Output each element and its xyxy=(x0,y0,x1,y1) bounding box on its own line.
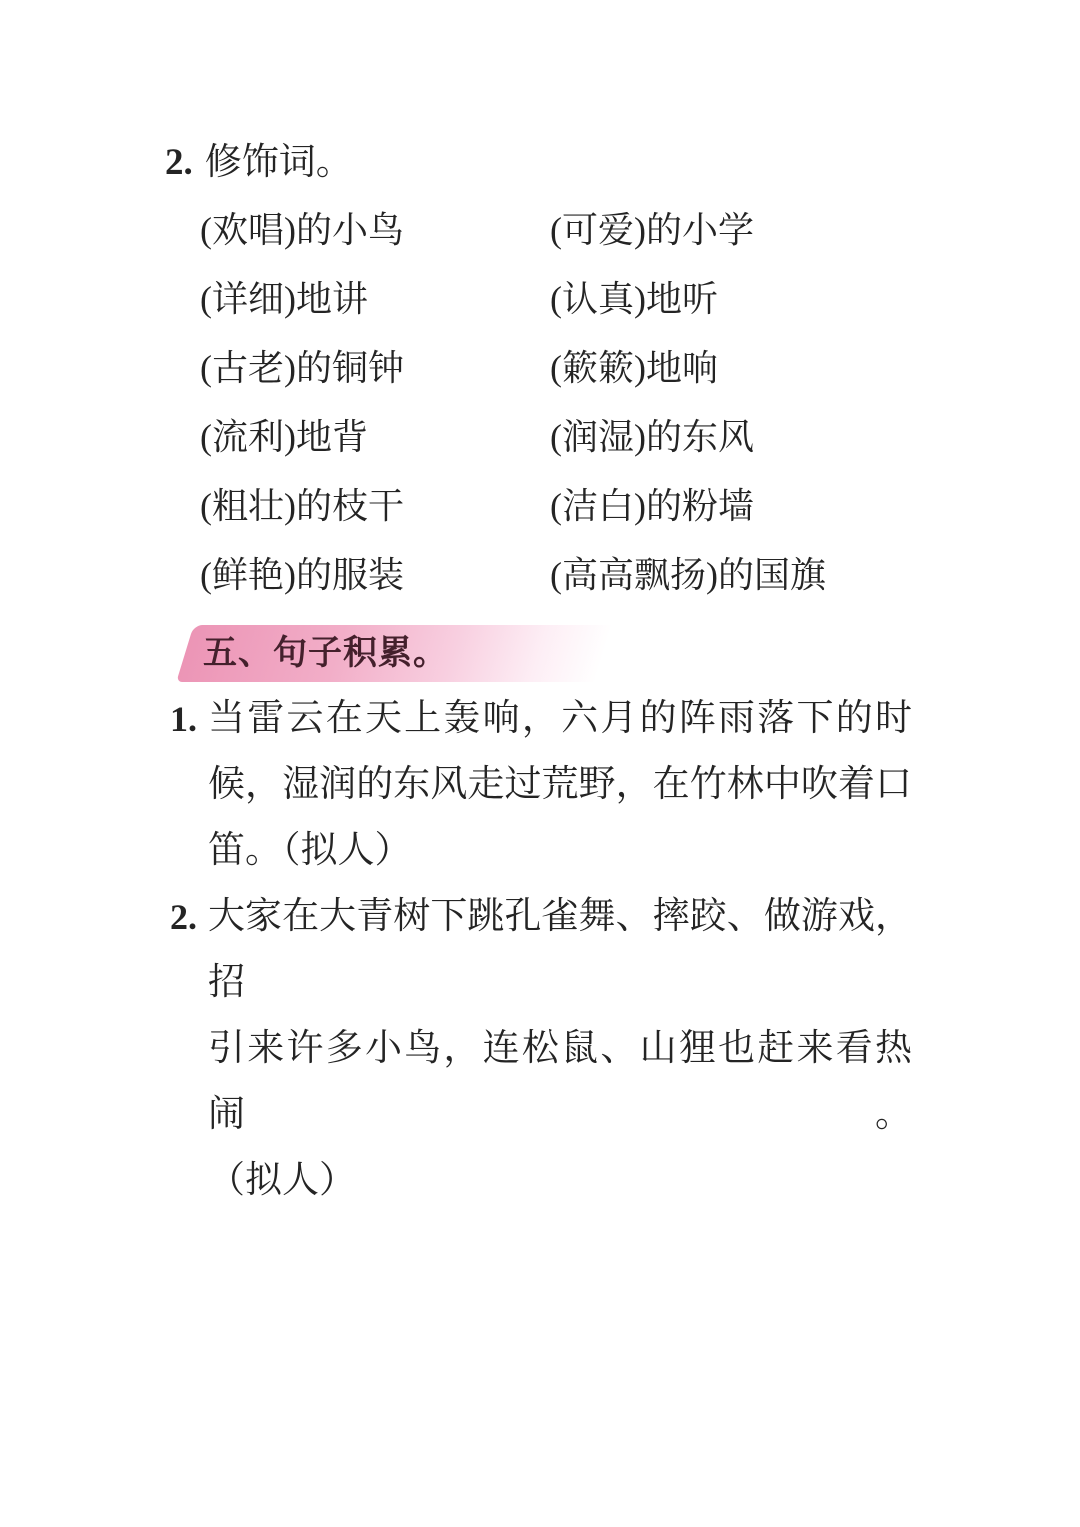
modifier-heading-title: 修饰词。 xyxy=(205,142,353,183)
sentence-line: 候，湿润的东风走过荒野，在竹林中吹着口 xyxy=(208,752,912,818)
worksheet-page: 2.修饰词。 (欢唱)的小鸟 (可爱)的小学 (详细)地讲 (认真)地听 (古老… xyxy=(0,0,1080,1527)
pair-right: (洁白)的粉墙 xyxy=(550,472,960,541)
pair-left: (古老)的铜钟 xyxy=(200,334,550,403)
pair-left: (欢唱)的小鸟 xyxy=(200,196,550,265)
sentence-line: 大家在大青树下跳孔雀舞、摔跤、做游戏，招 xyxy=(208,884,912,1016)
sentence-line: 引来许多小鸟，连松鼠、山狸也赶来看热闹。 xyxy=(208,1016,912,1148)
sentence-list: 1. 当雷云在天上轰响，六月的阵雨落下的时 候，湿润的东风走过荒野，在竹林中吹着… xyxy=(170,686,912,1214)
pair-row: (欢唱)的小鸟 (可爱)的小学 xyxy=(200,196,960,265)
pair-row: (详细)地讲 (认真)地听 xyxy=(200,265,960,334)
pair-row: (流利)地背 (润湿)的东风 xyxy=(200,403,960,472)
sentence-item: 1. 当雷云在天上轰响，六月的阵雨落下的时 候，湿润的东风走过荒野，在竹林中吹着… xyxy=(170,686,912,884)
sentence-line: （拟人） xyxy=(208,1148,912,1214)
pair-right: (润湿)的东风 xyxy=(550,403,960,472)
sentence-item-number: 1. xyxy=(170,686,197,752)
section-banner: 五、句子积累。 xyxy=(176,625,625,682)
section-banner-label: 五、句子积累。 xyxy=(185,625,617,682)
pair-right: (簌簌)地响 xyxy=(550,334,960,403)
sentence-line: 笛。（拟人） xyxy=(208,818,912,884)
pair-right: (高高飘扬)的国旗 xyxy=(550,541,960,610)
pair-right: (认真)地听 xyxy=(550,265,960,334)
sentence-line: 当雷云在天上轰响，六月的阵雨落下的时 xyxy=(208,686,912,752)
pair-left: (鲜艳)的服装 xyxy=(200,541,550,610)
pair-row: (鲜艳)的服装 (高高飘扬)的国旗 xyxy=(200,541,960,610)
sentence-item: 2. 大家在大青树下跳孔雀舞、摔跤、做游戏，招 引来许多小鸟，连松鼠、山狸也赶来… xyxy=(170,884,912,1214)
modifier-heading: 2.修饰词。 xyxy=(165,140,353,186)
pair-left: (粗壮)的枝干 xyxy=(200,472,550,541)
modifier-heading-number: 2. xyxy=(165,142,193,183)
pair-row: (粗壮)的枝干 (洁白)的粉墙 xyxy=(200,472,960,541)
pair-row: (古老)的铜钟 (簌簌)地响 xyxy=(200,334,960,403)
sentence-item-number: 2. xyxy=(170,884,197,950)
pair-right: (可爱)的小学 xyxy=(550,196,960,265)
pair-left: (详细)地讲 xyxy=(200,265,550,334)
modifier-pair-list: (欢唱)的小鸟 (可爱)的小学 (详细)地讲 (认真)地听 (古老)的铜钟 (簌… xyxy=(200,196,960,610)
pair-left: (流利)地背 xyxy=(200,403,550,472)
